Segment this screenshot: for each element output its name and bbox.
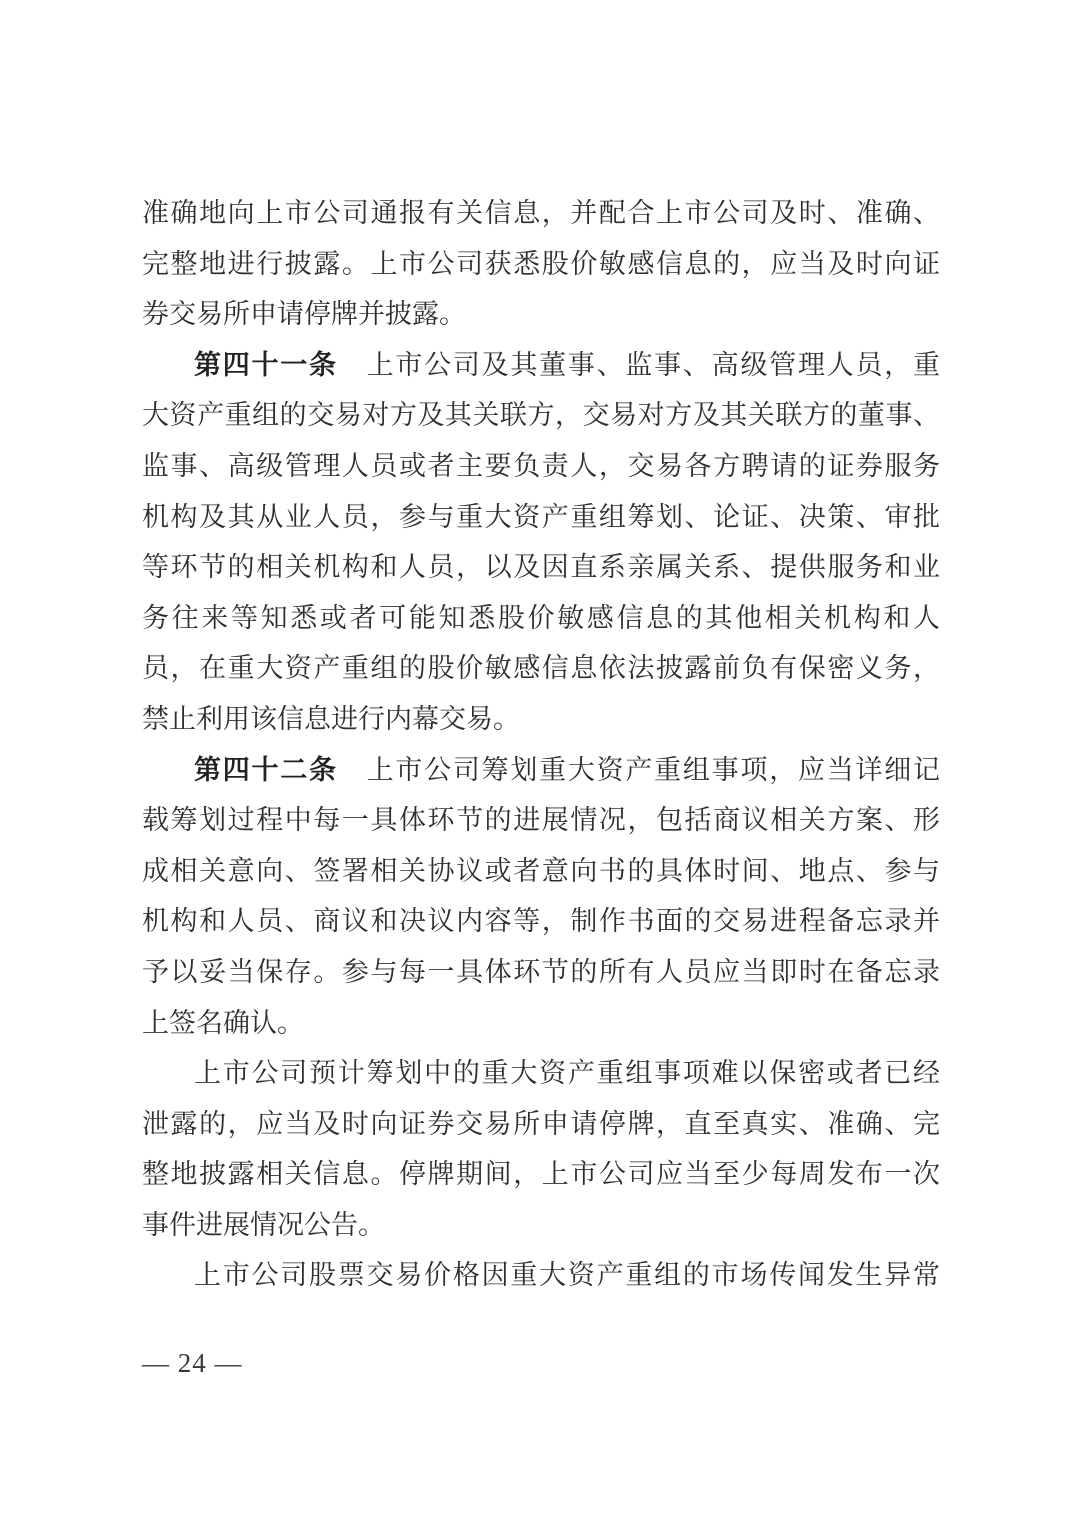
text-line: 员，在重大资产重组的股价敏感信息依法披露前负有保密义务， bbox=[142, 643, 940, 694]
text-line: 禁止利用该信息进行内幕交易。 bbox=[142, 694, 940, 745]
text-line: 完整地进行披露。上市公司获悉股价敏感信息的，应当及时向证 bbox=[142, 239, 940, 290]
text-run: 事件进展情况公告。 bbox=[142, 1210, 385, 1240]
text-run: 完整地进行披露。上市公司获悉股价敏感信息的，应当及时向证 bbox=[142, 249, 940, 279]
text-line: 机构和人员、商议和决议内容等，制作书面的交易进程备忘录并 bbox=[142, 896, 940, 947]
article-number: 第四十二条 bbox=[194, 755, 338, 785]
text-run: 员，在重大资产重组的股价敏感信息依法披露前负有保密义务， bbox=[142, 653, 940, 683]
text-run: 机构及其从业人员，参与重大资产重组筹划、论证、决策、审批 bbox=[142, 502, 940, 532]
text-line: 务往来等知悉或者可能知悉股价敏感信息的其他相关机构和人 bbox=[142, 593, 940, 644]
text-run: 机构和人员、商议和决议内容等，制作书面的交易进程备忘录并 bbox=[142, 906, 940, 936]
text-line: 准确地向上市公司通报有关信息，并配合上市公司及时、准确、 bbox=[142, 188, 940, 239]
text-line: 第四十二条 上市公司筹划重大资产重组事项，应当详细记 bbox=[142, 745, 940, 796]
article-number: 第四十一条 bbox=[194, 350, 338, 380]
text-line: 予以妥当保存。参与每一具体环节的所有人员应当即时在备忘录 bbox=[142, 947, 940, 998]
text-run: 务往来等知悉或者可能知悉股价敏感信息的其他相关机构和人 bbox=[142, 603, 940, 633]
text-line: 等环节的相关机构和人员，以及因直系亲属关系、提供服务和业 bbox=[142, 542, 940, 593]
text-run: 等环节的相关机构和人员，以及因直系亲属关系、提供服务和业 bbox=[142, 552, 940, 582]
text-run: 载筹划过程中每一具体环节的进展情况，包括商议相关方案、形 bbox=[142, 805, 940, 835]
text-run: 券交易所申请停牌并披露。 bbox=[142, 299, 466, 329]
text-line: 上签名确认。 bbox=[142, 998, 940, 1049]
text-run: 准确地向上市公司通报有关信息，并配合上市公司及时、准确、 bbox=[142, 198, 940, 228]
text-line: 整地披露相关信息。停牌期间，上市公司应当至少每周发布一次 bbox=[142, 1149, 940, 1200]
text-run: 成相关意向、签署相关协议或者意向书的具体时间、地点、参与 bbox=[142, 856, 940, 886]
document-page: 准确地向上市公司通报有关信息，并配合上市公司及时、准确、完整地进行披露。上市公司… bbox=[0, 0, 1080, 1527]
document-body: 准确地向上市公司通报有关信息，并配合上市公司及时、准确、完整地进行披露。上市公司… bbox=[142, 188, 940, 1301]
text-line: 上市公司股票交易价格因重大资产重组的市场传闻发生异常 bbox=[142, 1250, 940, 1301]
text-run: 上市公司预计筹划中的重大资产重组事项难以保密或者已经 bbox=[194, 1058, 940, 1088]
text-line: 载筹划过程中每一具体环节的进展情况，包括商议相关方案、形 bbox=[142, 795, 940, 846]
text-run: 监事、高级管理人员或者主要负责人，交易各方聘请的证券服务 bbox=[142, 451, 940, 481]
text-line: 泄露的，应当及时向证券交易所申请停牌，直至真实、准确、完 bbox=[142, 1099, 940, 1150]
text-run: 上签名确认。 bbox=[142, 1008, 304, 1038]
text-run: 上市公司筹划重大资产重组事项，应当详细记 bbox=[338, 755, 940, 785]
page-footer: — 24 — bbox=[142, 1346, 243, 1380]
text-run: 大资产重组的交易对方及其关联方，交易对方及其关联方的董事、 bbox=[142, 400, 940, 430]
text-line: 机构及其从业人员，参与重大资产重组筹划、论证、决策、审批 bbox=[142, 492, 940, 543]
text-line: 上市公司预计筹划中的重大资产重组事项难以保密或者已经 bbox=[142, 1048, 940, 1099]
text-run: 予以妥当保存。参与每一具体环节的所有人员应当即时在备忘录 bbox=[142, 957, 940, 987]
text-run: 整地披露相关信息。停牌期间，上市公司应当至少每周发布一次 bbox=[142, 1159, 940, 1189]
text-run: 泄露的，应当及时向证券交易所申请停牌，直至真实、准确、完 bbox=[142, 1109, 940, 1139]
text-line: 券交易所申请停牌并披露。 bbox=[142, 289, 940, 340]
text-run: 上市公司股票交易价格因重大资产重组的市场传闻发生异常 bbox=[194, 1260, 940, 1290]
page-number: — 24 — bbox=[142, 1348, 243, 1378]
text-line: 大资产重组的交易对方及其关联方，交易对方及其关联方的董事、 bbox=[142, 390, 940, 441]
text-line: 第四十一条 上市公司及其董事、监事、高级管理人员，重 bbox=[142, 340, 940, 391]
text-lines: 准确地向上市公司通报有关信息，并配合上市公司及时、准确、完整地进行披露。上市公司… bbox=[142, 188, 940, 1301]
text-line: 监事、高级管理人员或者主要负责人，交易各方聘请的证券服务 bbox=[142, 441, 940, 492]
text-line: 成相关意向、签署相关协议或者意向书的具体时间、地点、参与 bbox=[142, 846, 940, 897]
text-run: 上市公司及其董事、监事、高级管理人员，重 bbox=[338, 350, 940, 380]
text-run: 禁止利用该信息进行内幕交易。 bbox=[142, 704, 520, 734]
text-line: 事件进展情况公告。 bbox=[142, 1200, 940, 1251]
